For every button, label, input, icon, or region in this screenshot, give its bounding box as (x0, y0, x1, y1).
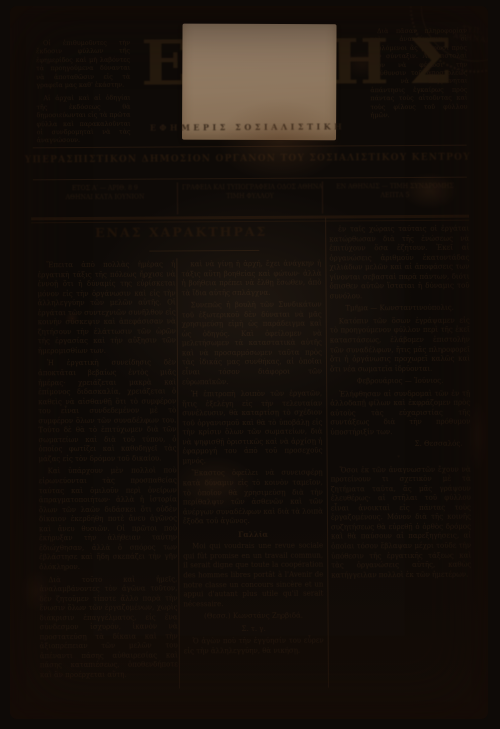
article-paragraph: καὶ νὰ γίνῃ ἡ ἀρχή, ἔχει ἀνάγκην ἡ τάξις… (181, 260, 321, 299)
column-divider-2 (325, 218, 329, 688)
article-paragraph: Ἕκαστος ὀφείλει νὰ συνεισφέρῃ κατὰ δύναμ… (183, 469, 323, 527)
article-paragraph: ἐν ταῖς χώραις ταύταις οἱ ἐργάται κατώρθ… (329, 225, 469, 302)
article-paragraph: Καὶ ὑπάρχουν μὲν πολλοὶ ποὺ εἰρωνεύονται… (39, 467, 178, 573)
issue-info-cell-left: ΕΤΟΣ Α′ — ΑΡΙΘ. 8 9 ΑΘΗΝΑΙ ΚΑΤΑ ΙΟΥΝΙΟΝ (33, 182, 177, 215)
issue-info-cell-right: ΕΝ ΑΘΗΝΑΙΣ — ΤΙΜΗ ΣΥΝΔΡΟΜΗΣ ΛΕΠΤΑ 5 (322, 181, 467, 214)
price-line2: ΛΕΠΤΑ 5 (327, 191, 463, 200)
article-paragraph-french: Moi qui voudrais une revue sociale qui f… (183, 542, 323, 610)
masthead-letters-right: ΗΣ (330, 31, 473, 94)
office-address-line2: ΤΙΜΗ ΦΥΛΛΟΥ (182, 192, 318, 201)
headline-underline (149, 250, 259, 252)
article-paragraph: Ἡ ἐργατικὴ συνείδησις δὲν ἀποκτᾶται βεβα… (38, 359, 177, 465)
body-column-3: ἐν ταῖς χώραις ταύταις οἱ ἐργάται κατώρθ… (329, 225, 472, 690)
section-subheading: Γαλλία (183, 529, 323, 539)
issue-date: ΑΘΗΝΑΙ ΚΑΤΑ ΙΟΥΝΙΟΝ (37, 193, 173, 202)
article-paragraph: Ὁ ἀγὼν ποὺ τὴν ἐγγύησίν του εὗρεν εἰς τὴ… (184, 637, 324, 657)
body-column-2: καὶ νὰ γίνῃ ἡ ἀρχή, ἔχει ἀνάγκην ἡ τάξις… (181, 260, 324, 691)
byline-signature: Σ. Θεσσαλός. (330, 440, 470, 450)
article-paragraph: Διὰ τοῦτο καὶ ἡμεῖς, ἀναλαμβάνοντες τὸν … (39, 575, 178, 681)
issue-info-cell-middle: ΓΡΑΦΕΙΑ ΚΑΙ ΤΥΠΟΓΡΑΦΕΙΑ ΟΔΟΣ ΑΘΗΝΑΣ ΤΙΜΗ… (177, 182, 322, 215)
article-paragraph: Ὅσοι ἐκ τῶν ἀναγνωστῶν ἔχουν νὰ προτείνο… (331, 465, 472, 580)
body-column-1: Ἔπειτα ἀπὸ πολλὰς ἡμέρας ἡ ἐργατικὴ τάξι… (37, 260, 178, 691)
notice-paragraph: Οἱ ἐπιθυμοῦντες τὴν ἔκδοσιν φύλλων τῆς ἐ… (36, 39, 130, 90)
editor-note-initials: Σ. τ. γ. (184, 624, 324, 634)
dateline: Τμῆμα — Κωνσταντινούπολις. (330, 304, 470, 314)
dateline: Φεβρουάριος — Ἰούνιος. (330, 377, 470, 387)
article-headline: ΕΝΑΣ ΧΑΡΑΚΤΗΡΑΣ (33, 224, 329, 241)
article-paragraph: Ἔπειτα ἀπὸ πολλὰς ἡμέρας ἡ ἐργατικὴ τάξι… (37, 260, 176, 356)
article-paragraph: Ἐλήφθησαν αἱ συνδρομαὶ τῶν ἐν τῇ ἀλλοδαπ… (330, 389, 470, 438)
newspaper-page: ΤΥΠ. ΑΘΗΝΑΙ Οἱ ἐπιθυμοῦντες τὴν ἔκδοσιν … (10, 6, 488, 719)
issue-info-bar: ΕΤΟΣ Α′ — ΑΡΙΘ. 8 9 ΑΘΗΝΑΙ ΚΑΤΑ ΙΟΥΝΙΟΝ … (33, 181, 467, 216)
heavy-divider-rule-secondary (31, 219, 469, 223)
byline-signature: (Θεσσ.) Κωνστάνς Ζηρβιδά. (184, 612, 324, 622)
scan-black-border: ΤΥΠ. ΑΘΗΝΑΙ Οἱ ἐπιθυμοῦντες τὴν ἔκδοσιν … (0, 0, 500, 729)
article-paragraph: Ἡ ἐπιτροπὴ λοιπὸν τῶν ἐργατῶν, ἥτις ἐξελ… (182, 390, 322, 467)
masthead-notice-left: Οἱ ἐπιθυμοῦντες τὴν ἔκδοσιν φύλλων τῆς ἐ… (36, 39, 131, 190)
section-separator-asterisk: ﹡ (331, 453, 471, 463)
price-line: ΕΝ ΑΘΗΝΑΙΣ — ΤΙΜΗ ΣΥΝΔΡΟΜΗΣ (327, 183, 463, 192)
notice-paragraph: Αἱ ἀρχαὶ καὶ αἱ ὁδηγίαι τῆς ἐκδόσεως θὰ … (36, 94, 130, 145)
article-paragraph: Κατόπιν τῶν ὅσων ἐγράψαμεν εἰς τὸ προηγο… (330, 317, 470, 375)
page-content: ΤΥΠ. ΑΘΗΝΑΙ Οἱ ἐπιθυμοῦντες τὴν ἔκδοσιν … (10, 6, 488, 719)
article-paragraph: Συνεπῶς ἡ βουλὴ τῶν Συνδικάτων τοῦ ἐξωτε… (182, 301, 323, 388)
office-address: ΓΡΑΦΕΙΑ ΚΑΙ ΤΥΠΟΓΡΑΦΕΙΑ ΟΔΟΣ ΑΘΗΝΑΣ (182, 184, 318, 193)
